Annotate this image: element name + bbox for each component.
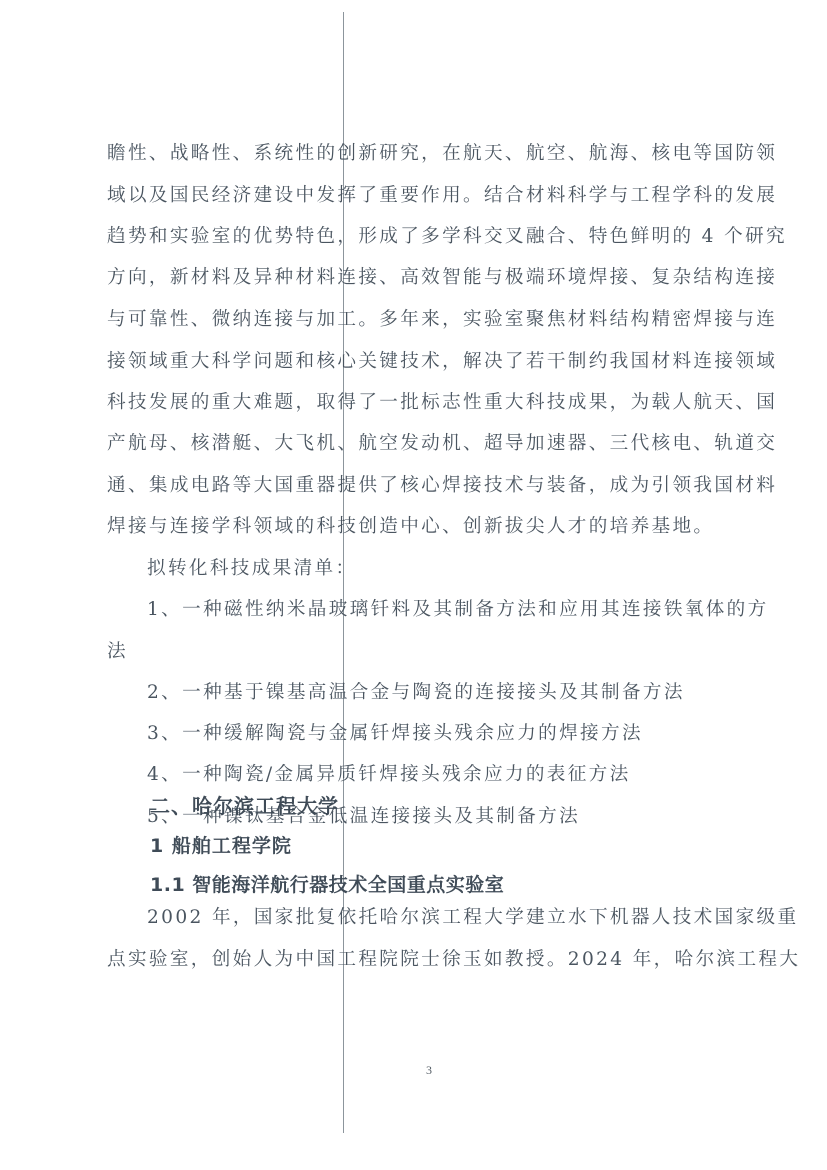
paragraph-line: 瞻性、战略性、系统性的创新研究，在航天、航空、航海、核电等国防领 — [107, 142, 777, 166]
paragraph-line: 接领域重大科学问题和核心关键技术，解决了若干制约我国材料连接领域 — [107, 350, 777, 374]
paragraph-line: 焊接与连接学科领域的科技创造中心、创新拔尖人才的培养基地。 — [107, 515, 714, 539]
paragraph-line: 方向，新材料及异种材料连接、高效智能与极端环境焊接、复杂结构连接 — [107, 266, 777, 290]
paragraph-line: 通、集成电路等大国重器提供了核心焊接技术与装备，成为引领我国材料 — [107, 474, 777, 498]
paragraph-line: 域以及国民经济建设中发挥了重要作用。结合材料科学与工程学科的发展 — [107, 184, 777, 208]
list-item-1: 1、一种磁性纳米晶玻璃钎料及其制备方法和应用其连接铁氧体的方 — [147, 598, 769, 622]
list-item-4: 4、一种陶瓷/金属异质钎焊接头残余应力的表征方法 — [147, 763, 631, 787]
list-item-1-continuation: 法 — [107, 640, 128, 664]
body-paragraph-line: 2002 年，国家批复依托哈尔滨工程大学建立水下机器人技术国家级重 — [147, 906, 798, 930]
paragraph-line: 产航母、核潜艇、大飞机、航空发动机、超导加速器、三代核电、轨道交 — [107, 432, 777, 456]
list-item-3: 3、一种缓解陶瓷与金属钎焊接头残余应力的焊接方法 — [147, 722, 643, 746]
body-paragraph-line: 点实验室，创始人为中国工程院院士徐玉如教授。2024 年，哈尔滨工程大 — [107, 948, 800, 972]
subsubsection-heading: 1.1 智能海洋航行器技术全国重点实验室 — [150, 872, 504, 898]
subsection-heading: 1 船舶工程学院 — [150, 833, 292, 859]
paragraph-line: 科技发展的重大难题，取得了一批标志性重大科技成果，为载人航天、国 — [107, 391, 777, 415]
page-number: 3 — [426, 1063, 432, 1078]
section-heading: 二、哈尔滨工程大学 — [150, 793, 339, 819]
paragraph-line: 趋势和实验室的优势特色，形成了多学科交叉融合、特色鲜明的 4 个研究 — [107, 225, 787, 249]
list-title: 拟转化科技成果清单： — [147, 557, 356, 581]
list-item-2: 2、一种基于镍基高温合金与陶瓷的连接接头及其制备方法 — [147, 681, 685, 705]
paragraph-line: 与可靠性、微纳连接与加工。多年来，实验室聚焦材料结构精密焊接与连 — [107, 308, 777, 332]
